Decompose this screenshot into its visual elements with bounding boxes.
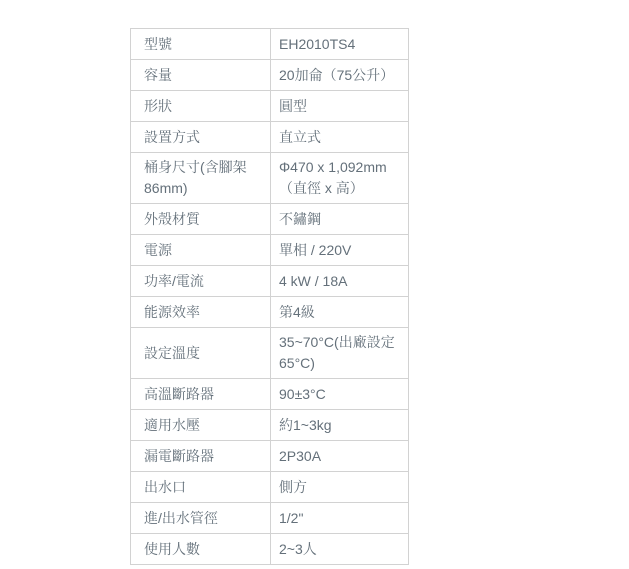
spec-label: 功率/電流 [131,266,271,297]
table-row: 設定溫度 35~70°C(出廠設定 65°C) [131,328,409,379]
table-row: 型號 EH2010TS4 [131,29,409,60]
table-row: 進/出水管徑 1/2" [131,503,409,534]
spec-value: EH2010TS4 [271,29,409,60]
table-row: 功率/電流 4 kW / 18A [131,266,409,297]
spec-value: 直立式 [271,122,409,153]
table-row: 設置方式 直立式 [131,122,409,153]
spec-label: 形狀 [131,91,271,122]
spec-label: 出水口 [131,472,271,503]
spec-value: 90±3°C [271,379,409,410]
table-row: 出水口 側方 [131,472,409,503]
table-row: 漏電斷路器 2P30A [131,441,409,472]
table-row: 使用人數 2~3人 [131,534,409,565]
spec-value: 4 kW / 18A [271,266,409,297]
spec-label: 能源效率 [131,297,271,328]
spec-label: 使用人數 [131,534,271,565]
table-row: 外殼材質 不鏽鋼 [131,204,409,235]
spec-label: 適用水壓 [131,410,271,441]
spec-label: 進/出水管徑 [131,503,271,534]
spec-value: 單相 / 220V [271,235,409,266]
spec-value: 不鏽鋼 [271,204,409,235]
spec-value: 20加侖（75公升） [271,60,409,91]
table-row: 桶身尺寸(含腳架 86mm) Φ470 x 1,092mm （直徑 x 高） [131,153,409,204]
spec-label: 設定溫度 [131,328,271,379]
page: 型號 EH2010TS4 容量 20加侖（75公升） 形狀 圓型 設置方式 直立… [0,0,629,569]
table-row: 能源效率 第4級 [131,297,409,328]
spec-value: 約1~3kg [271,410,409,441]
spec-label: 高溫斷路器 [131,379,271,410]
spec-table: 型號 EH2010TS4 容量 20加侖（75公升） 形狀 圓型 設置方式 直立… [130,28,409,565]
spec-label: 漏電斷路器 [131,441,271,472]
table-row: 容量 20加侖（75公升） [131,60,409,91]
table-row: 形狀 圓型 [131,91,409,122]
spec-label: 外殼材質 [131,204,271,235]
table-row: 高溫斷路器 90±3°C [131,379,409,410]
table-row: 適用水壓 約1~3kg [131,410,409,441]
spec-value: Φ470 x 1,092mm （直徑 x 高） [271,153,409,204]
spec-label: 桶身尺寸(含腳架 86mm) [131,153,271,204]
table-row: 電源 單相 / 220V [131,235,409,266]
spec-value: 圓型 [271,91,409,122]
spec-value: 2~3人 [271,534,409,565]
spec-value: 第4級 [271,297,409,328]
spec-label: 電源 [131,235,271,266]
spec-value: 1/2" [271,503,409,534]
spec-value: 35~70°C(出廠設定 65°C) [271,328,409,379]
spec-label: 容量 [131,60,271,91]
spec-value: 2P30A [271,441,409,472]
spec-label: 型號 [131,29,271,60]
spec-value: 側方 [271,472,409,503]
spec-label: 設置方式 [131,122,271,153]
